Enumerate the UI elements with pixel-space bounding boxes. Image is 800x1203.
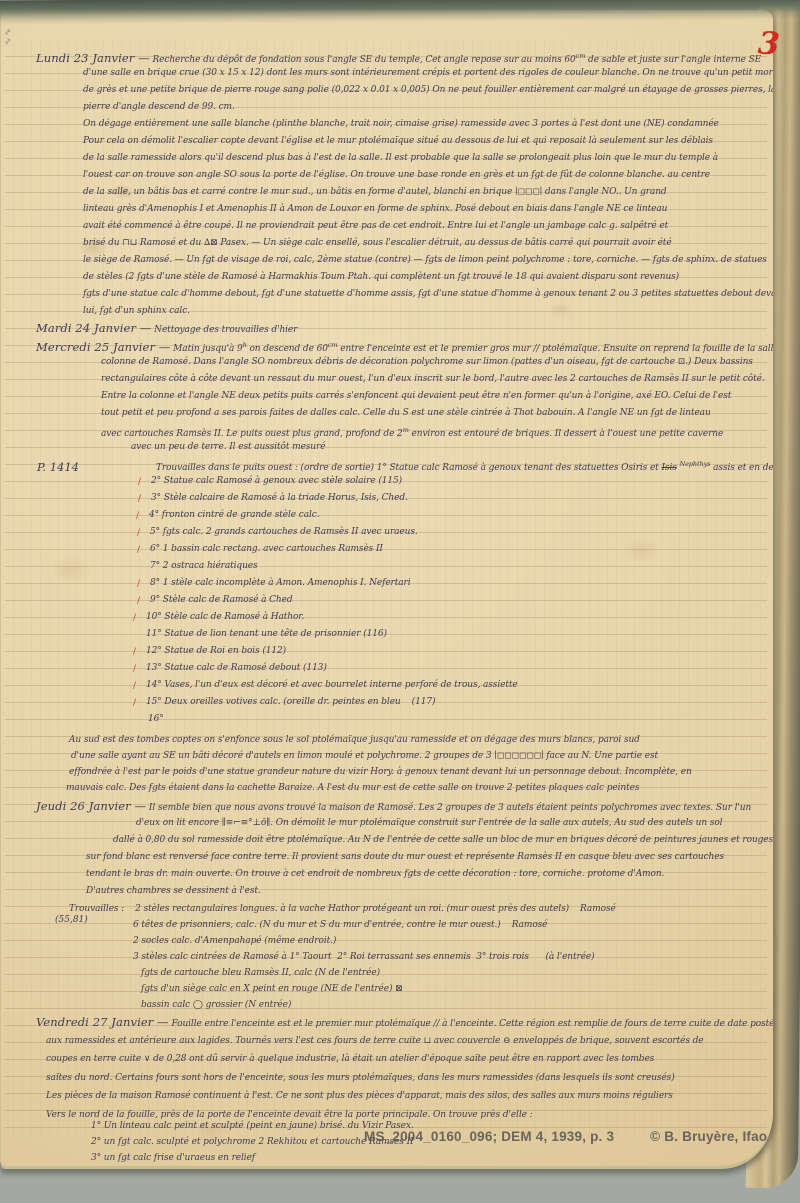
manuscript-line: Trouvailles : 2 stèles rectangulaires lo…	[69, 903, 616, 915]
red-check-tick: ∕	[133, 680, 136, 692]
manuscript-line: tendant le bras dr. main ouverte. On tro…	[86, 868, 664, 880]
manuscript-text: Lundi 23 Janvier — Recherche du dépôt de…	[1, 10, 773, 1166]
manuscript-line: lui, fgt d'un sphinx calc.	[83, 305, 190, 317]
red-check-tick: ∕	[137, 578, 140, 590]
caption-archive-id: MS_2004_0160_096; DEM 4, 1939, p. 3	[364, 1129, 614, 1144]
manuscript-line: bassin calc ◯ grossier (N entrée)	[141, 999, 291, 1011]
manuscript-line: 9° Stèle calc de Ramosé à Ched∕	[150, 594, 293, 606]
manuscript-line: Entre la colonne et l'angle NE deux peti…	[101, 390, 731, 402]
manuscript-line: 14° Vases, l'un d'eux est décoré et avec…	[146, 679, 518, 691]
manuscript-line: 2 socles calc. d'Amenpahapé (même endroi…	[133, 935, 336, 947]
manuscript-line: 4° fronton cintré de grande stèle calc.∕	[149, 509, 319, 521]
manuscript-line: Les pièces de la maison Ramosé continuen…	[46, 1090, 673, 1102]
manuscript-line: de la salle, un bâtis bas et carré contr…	[83, 186, 667, 198]
red-check-tick: ∕	[138, 476, 141, 488]
manuscript-line: 7° 2 ostraca hiératiques	[150, 560, 258, 572]
manuscript-line: sur fond blanc est renversé face contre …	[86, 851, 724, 863]
manuscript-line: Trouvailles dans le puits ouest : (ordre…	[156, 458, 773, 474]
manuscript-line: rectangulaires côte à côte devant un res…	[101, 373, 765, 385]
red-check-tick: ∕	[137, 527, 140, 539]
manuscript-line: de stèles (2 fgts d'une stèle de Ramosé …	[83, 271, 679, 283]
manuscript-line: saïtes du nord. Certains fours sont hors…	[46, 1072, 675, 1084]
red-check-tick: ∕	[133, 646, 136, 658]
manuscript-line: 11° Statue de lion tenant une tête de pr…	[146, 628, 387, 640]
manuscript-line: fgts d'une statue calc d'homme debout, f…	[83, 288, 773, 300]
manuscript-line: l'ouest car on trouve son angle SO sous …	[83, 169, 710, 181]
manuscript-line: brisé du ⊓⊔ Ramosé et du ∆⊠ Pasex. — Un …	[83, 237, 672, 249]
manuscript-line: colonne de Ramosé. Dans l'angle SO nombr…	[101, 356, 753, 368]
manuscript-line: Vers le nord de la fouille, près de la p…	[46, 1109, 533, 1121]
manuscript-line: d'eux on lit encore ∥≡⌐≡°⊥ō∥. On démolit…	[136, 817, 722, 829]
manuscript-line: D'autres chambres se dessinent à l'est.	[86, 885, 261, 897]
manuscript-line: 16°	[148, 713, 164, 725]
manuscript-line: 8° 1 stèle calc incomplète à Amon. Ameno…	[150, 577, 411, 589]
manuscript-line: aux ramessides et antérieure aux lagides…	[46, 1035, 704, 1047]
manuscript-line: 2° Statue calc Ramosé à genoux avec stèl…	[151, 475, 402, 487]
manuscript-line: 6 têtes de prisonniers, calc. (N du mur …	[133, 919, 547, 931]
red-check-tick: ∕	[133, 697, 136, 709]
manuscript-line: mauvais calc. Des fgts étaient dans la c…	[66, 782, 639, 794]
manuscript-line: pierre d'angle descend de 99. cm.	[83, 101, 235, 113]
notebook-page: Lundi 23 Janvier — Recherche du dépôt de…	[0, 10, 773, 1166]
manuscript-line: 6° 1 bassin calc rectang. avec cartouche…	[150, 543, 383, 555]
manuscript-line: le siège de Ramosé. — Un fgt de visage d…	[83, 254, 767, 266]
manuscript-line: fgts d'un siège calc en X peint en rouge…	[141, 983, 403, 995]
red-check-tick: ∕	[133, 663, 136, 675]
manuscript-line: de la salle ramesside alors qu'il descen…	[83, 152, 718, 164]
manuscript-line: linteau grès d'Amenophis I et Amenophis …	[83, 203, 667, 215]
manuscript-line: avec un peu de terre. Il est aussitôt me…	[131, 441, 325, 453]
manuscript-line: 13° Statue calc de Ramosé debout (113)∕	[146, 662, 327, 674]
manuscript-line: Vendredi 27 Janvier — Fouille entre l'en…	[36, 1016, 773, 1030]
page-number: 3	[757, 25, 781, 62]
caption-copyright: © B. Bruyère, Ifao	[650, 1129, 767, 1144]
manuscript-line: avec cartouches Ramsès II. Le puits oues…	[101, 424, 723, 440]
manuscript-line: d'une salle en brique crue (30 x 15 x 12…	[83, 67, 773, 79]
red-check-tick: ∕	[137, 595, 140, 607]
red-check-tick: ∕	[133, 612, 136, 624]
manuscript-line: dallé à 0,80 du sol ramesside doit être …	[113, 834, 773, 846]
manuscript-line: Mercredi 25 Janvier — Matin jusqu'à 9h o…	[36, 339, 773, 355]
scanned-notebook-photo: { "page": { "number": "3", "margin_note_…	[0, 0, 800, 1203]
manuscript-line: 3° Stèle calcaire de Ramosé à la triade …	[151, 492, 408, 504]
manuscript-line: Pour cela on démolit l'escalier copte de…	[83, 135, 713, 147]
manuscript-line: Au sud est des tombes coptes on s'enfonc…	[69, 734, 640, 746]
manuscript-line: 5° fgts calc. 2 grands cartouches de Ram…	[150, 526, 418, 538]
manuscript-line: Jeudi 26 Janvier — Il semble bien que no…	[36, 800, 751, 814]
manuscript-line: effondrée à l'est par le poids d'une sta…	[69, 766, 692, 778]
manuscript-line: 3° un fgt calc frise d'uraeus en relief	[91, 1152, 255, 1164]
manuscript-line: 12° Statue de Roi en bois (112)∕	[146, 645, 286, 657]
edge-scribble: ∿∿	[2, 28, 12, 47]
red-check-tick: ∕	[138, 493, 141, 505]
manuscript-line: d'une salle ayant au SE un bâti décoré d…	[71, 750, 658, 762]
manuscript-line: 3 stèles calc cintrées de Ramosé à 1° Ta…	[133, 951, 595, 963]
manuscript-line: Mardi 24 Janvier — Nettoyage des trouvai…	[36, 322, 297, 336]
manuscript-line: Lundi 23 Janvier — Recherche du dépôt de…	[36, 50, 761, 66]
manuscript-line: 10° Stèle calc de Ramosé à Hathor.∕	[146, 611, 304, 623]
red-check-tick: ∕	[136, 510, 139, 522]
manuscript-line: tout petit et peu profond a ses parois f…	[101, 407, 711, 419]
caption-watermark: MS_2004_0160_096; DEM 4, 1939, p. 3 © B.…	[364, 1129, 767, 1144]
manuscript-line: 15° Deux oreilles votives calc. (oreille…	[146, 696, 435, 708]
manuscript-line: avait été commencé à être coupé. Il ne p…	[83, 220, 668, 232]
red-check-tick: ∕	[137, 544, 140, 556]
manuscript-line: fgts de cartouche bleu Ramsès II, calc (…	[141, 967, 380, 979]
manuscript-line: On dégage entièrement une salle blanche …	[83, 118, 719, 130]
manuscript-line: de grès et une petite brique de pierre r…	[83, 84, 773, 96]
manuscript-line: coupes en terre cuite ∨ de 0,28 ont dû s…	[46, 1053, 654, 1065]
